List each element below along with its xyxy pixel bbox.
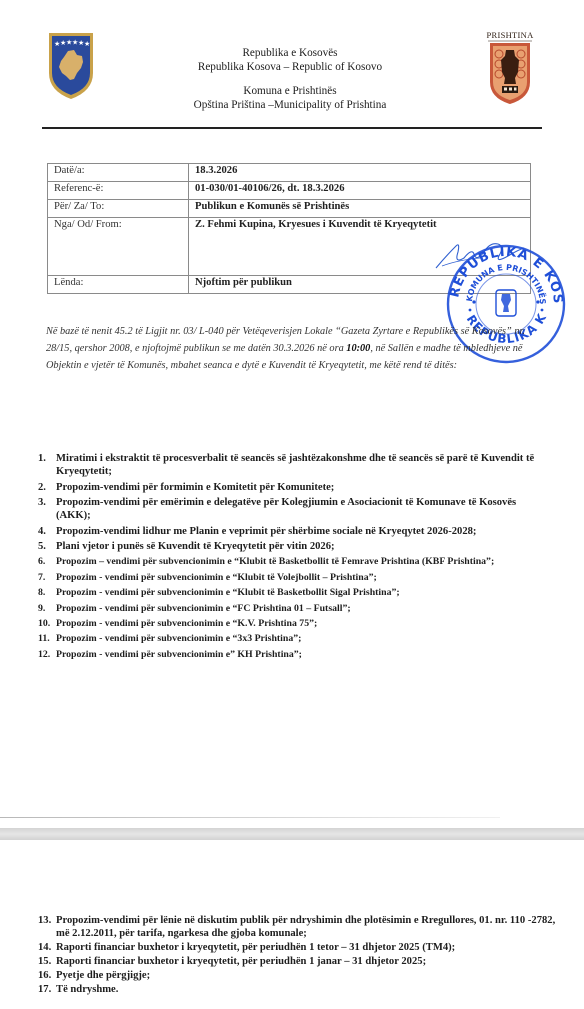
page-separator — [0, 828, 584, 840]
agenda-item: 2.Propozim-vendimi për formimin e Komite… — [38, 481, 538, 494]
agenda-item-text: Pyetje dhe përgjigje; — [56, 970, 150, 981]
kosovo-coat-of-arms-icon: ★★★ ★★★ — [46, 29, 96, 101]
prishtina-coat-of-arms-icon: PRISHTINA — [482, 30, 538, 106]
agenda-item: 5.Plani vjetor i punës së Kuvendit të Kr… — [38, 540, 538, 553]
agenda-item-text: Raporti financiar buxhetor i kryeqytetit… — [56, 956, 426, 967]
agenda-item-number: 17. — [38, 983, 51, 996]
agenda-list-page-2: 13.Propozim-vendimi për lënie në diskuti… — [38, 914, 558, 997]
agenda-item-number: 3. — [38, 496, 46, 509]
intro-paragraph: Në bazë të nenit 45.2 të Ligjit nr. 03/ … — [46, 324, 536, 374]
meta-row-date: Datë/a: 18.3.2026 — [48, 164, 531, 182]
agenda-item-number: 11. — [38, 632, 50, 645]
agenda-item-text: Propozim – vendimi për subvencionimin e … — [56, 556, 494, 567]
agenda-item: 14.Raporti financiar buxhetor i kryeqyte… — [38, 941, 558, 954]
header-republic-sr-en: Republika Kosova – Republic of Kosovo — [140, 60, 440, 74]
agenda-item: 9.Propozim - vendimi për subvencionimin … — [38, 602, 538, 615]
agenda-item-number: 14. — [38, 941, 51, 954]
agenda-item: 10.Propozim - vendimi për subvencionimin… — [38, 617, 538, 630]
agenda-item: 3.Propozim-vendimi për emërimin e delega… — [38, 496, 538, 522]
agenda-item: 17.Të ndryshme. — [38, 983, 558, 996]
agenda-item-number: 10. — [38, 617, 50, 630]
agenda-item-number: 12. — [38, 648, 50, 661]
agenda-item: 16.Pyetje dhe përgjigje; — [38, 969, 558, 982]
agenda-item-number: 5. — [38, 540, 46, 553]
page-bottom-edge — [0, 817, 500, 818]
agenda-item-number: 1. — [38, 452, 46, 465]
agenda-item-text: Propozim-vendimi për emërimin e delegatë… — [56, 497, 516, 521]
meta-value-date: 18.3.2026 — [189, 164, 531, 182]
agenda-item-text: Raporti financiar buxhetor i kryeqytetit… — [56, 942, 455, 953]
agenda-item: 12. Propozim - vendimi për subvencionimi… — [38, 648, 538, 661]
agenda-item-number: 4. — [38, 525, 46, 538]
letterhead: Republika e Kosovës Republika Kosova – R… — [140, 46, 440, 112]
agenda-item-number: 9. — [38, 602, 45, 615]
agenda-item-text: Propozim-vendimi lidhur me Planin e vepr… — [56, 526, 476, 537]
agenda-item-text: Propozim - vendimi për subvencionimin e … — [56, 603, 351, 614]
meta-row-to: Për/ Za/ To: Publikun e Komunës së Prish… — [48, 200, 531, 218]
header-republic-sq: Republika e Kosovës — [140, 46, 440, 60]
agenda-item-number: 13. — [38, 914, 51, 927]
agenda-item-text: Miratimi i ekstraktit të procesverbalit … — [56, 453, 534, 477]
agenda-item-text: Propozim-vendimi për formimin e Komiteti… — [56, 482, 334, 493]
agenda-item: 7.Propozim - vendimi për subvencionimin … — [38, 571, 538, 584]
agenda-item: 13.Propozim-vendimi për lënie në diskuti… — [38, 914, 558, 940]
meta-label: Referenc-ë: — [48, 182, 189, 200]
agenda-item-number: 2. — [38, 481, 46, 494]
agenda-item-text: Propozim - vendimi për subvencionimin e … — [56, 587, 400, 598]
agenda-item: 6.Propozim – vendimi për subvencionimin … — [38, 555, 538, 568]
svg-text:★: ★ — [84, 40, 90, 48]
agenda-item-number: 6. — [38, 555, 45, 568]
header-municipality-sr-en: Opština Priština –Municipality of Prisht… — [140, 98, 440, 112]
meta-value-reference: 01-030/01-40106/26, dt. 18.3.2026 — [189, 182, 531, 200]
agenda-item-text: Të ndryshme. — [56, 984, 118, 995]
meta-label: Datë/a: — [48, 164, 189, 182]
header-divider — [42, 127, 542, 129]
agenda-item: 4.Propozim-vendimi lidhur me Planin e ve… — [38, 525, 538, 538]
agenda-list-page-1: 1.Miratimi i ekstraktit të procesverbali… — [38, 452, 538, 663]
agenda-item-text: Plani vjetor i punës së Kuvendit të Krye… — [56, 541, 335, 552]
header-municipality-sq: Komuna e Prishtinës — [140, 84, 440, 98]
agenda-item-text: Propozim-vendimi për lënie në diskutim p… — [56, 915, 555, 939]
agenda-item: 8.Propozim - vendimi për subvencionimin … — [38, 586, 538, 599]
agenda-item-number: 16. — [38, 969, 51, 982]
meeting-time: 10:00 — [346, 343, 370, 354]
agenda-item-text: Propozim - vendimi për subvencionimin e … — [56, 633, 301, 644]
agenda-item-number: 15. — [38, 955, 51, 968]
meta-label: Lënda: — [48, 276, 189, 294]
agenda-item-text: Propozim - vendimi për subvencionimin e … — [56, 618, 317, 629]
agenda-item: 15.Raporti financiar buxhetor i kryeqyte… — [38, 955, 558, 968]
meta-value-to: Publikun e Komunës së Prishtinës — [189, 200, 531, 218]
meta-label: Nga/ Od/ From: — [48, 218, 189, 276]
agenda-item: 11.Propozim - vendimi për subvencionimin… — [38, 632, 538, 645]
agenda-item-number: 7. — [38, 571, 45, 584]
meta-label: Për/ Za/ To: — [48, 200, 189, 218]
meta-row-reference: Referenc-ë: 01-030/01-40106/26, dt. 18.3… — [48, 182, 531, 200]
agenda-item-text: Propozim - vendimi për subvencionimin e”… — [56, 649, 302, 660]
agenda-item: 1.Miratimi i ekstraktit të procesverbali… — [38, 452, 538, 478]
agenda-item-text: Propozim - vendimi për subvencionimin e … — [56, 572, 377, 583]
agenda-item-number: 8. — [38, 586, 45, 599]
